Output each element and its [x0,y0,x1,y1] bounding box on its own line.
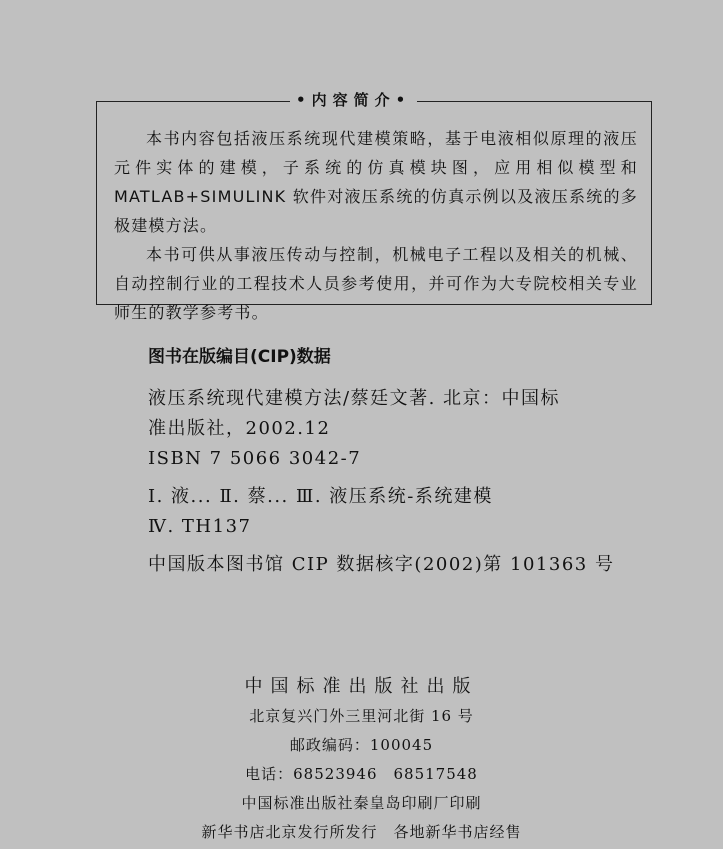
cip-line-subjects: Ⅰ. 液... Ⅱ. 蔡... Ⅲ. 液压系统-系统建模 [148,482,628,512]
publisher-phone: 电话：68523946 68517548 [0,760,723,789]
cip-title: 图书在版编目(CIP)数据 [148,344,628,370]
cip-line-title: 液压系统现代建模方法/蔡廷文著. 北京：中国标 [148,384,628,414]
abstract-title: •内容简介• [290,90,417,110]
distribution-info: 新华书店北京发行所发行 各地新华书店经售 [0,818,723,847]
abstract-text: 本书内容包括液压系统现代建模策略，基于电液相似原理的液压元件实体的建模，子系统的… [114,124,638,327]
publisher-postcode: 邮政编码：100045 [0,731,723,760]
publisher-name: 中国标准出版社出版 [0,672,723,702]
printer-info: 中国标准出版社秦皇岛印刷厂印刷 [0,789,723,818]
cip-section: 图书在版编目(CIP)数据 液压系统现代建模方法/蔡廷文著. 北京：中国标 准出… [148,344,628,580]
cip-line-record-number: 中国版本图书馆 CIP 数据核字(2002)第 101363 号 [148,550,628,580]
publisher-address: 北京复兴门外三里河北街 16 号 [0,702,723,731]
publisher-info: 中国标准出版社出版 北京复兴门外三里河北街 16 号 邮政编码：100045 电… [0,672,723,847]
cip-line-isbn: ISBN 7 5066 3042-7 [148,444,628,474]
cip-line-publisher: 准出版社，2002.12 [148,414,628,444]
cip-line-classification: Ⅳ. TH137 [148,512,628,542]
abstract-paragraph-2: 本书可供从事液压传动与控制，机械电子工程以及相关的机械、自动控制行业的工程技术人… [114,240,638,327]
abstract-paragraph-1: 本书内容包括液压系统现代建模策略，基于电液相似原理的液压元件实体的建模，子系统的… [114,124,638,240]
